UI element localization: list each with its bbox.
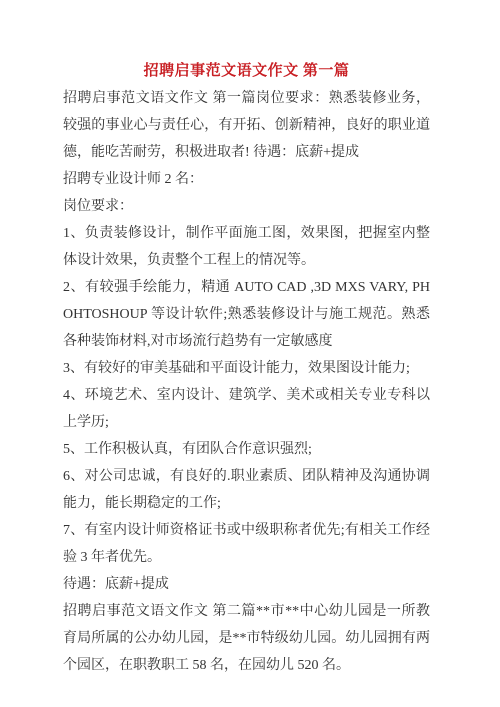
paragraph: 待遇：底薪+提成	[63, 571, 430, 598]
paragraph: 4、环境艺术、室内设计、建筑学、美术或相关专业专科以上学历;	[63, 382, 430, 436]
paragraph: 招聘专业设计师 2 名：	[63, 166, 430, 193]
paragraph: 1、负责装修设计，制作平面施工图，效果图，把握室内整体设计效果，负责整个工程上的…	[63, 220, 430, 274]
paragraph: 5、工作积极认真，有团队合作意识强烈;	[63, 436, 430, 463]
paragraph: 6、对公司忠诚，有良好的.职业素质、团队精神及沟通协调能力，能长期稳定的工作;	[63, 463, 430, 517]
paragraph: 招聘启事范文语文作文 第二篇**市**中心幼儿园是一所教育局所属的公办幼儿园，是…	[63, 598, 430, 679]
paragraph: 7、有室内设计师资格证书或中级职称者优先;有相关工作经验 3 年者优先。	[63, 517, 430, 571]
document-page: 招聘启事范文语文作文 第一篇 招聘启事范文语文作文 第一篇岗位要求：熟悉装修业务…	[0, 0, 500, 707]
paragraph: 2、有较强手绘能力，精通 AUTO CAD ,3D MXS VARY, PHOH…	[63, 274, 430, 355]
paragraph: 岗位要求：	[63, 193, 430, 220]
paragraph: 招聘启事范文语文作文 第一篇岗位要求：熟悉装修业务，较强的事业心与责任心，有开拓…	[63, 85, 430, 166]
paragraph: 3、有较好的审美基础和平面设计能力，效果图设计能力;	[63, 355, 430, 382]
document-body: 招聘启事范文语文作文 第一篇岗位要求：熟悉装修业务，较强的事业心与责任心，有开拓…	[63, 85, 430, 679]
document-title: 招聘启事范文语文作文 第一篇	[63, 58, 430, 85]
